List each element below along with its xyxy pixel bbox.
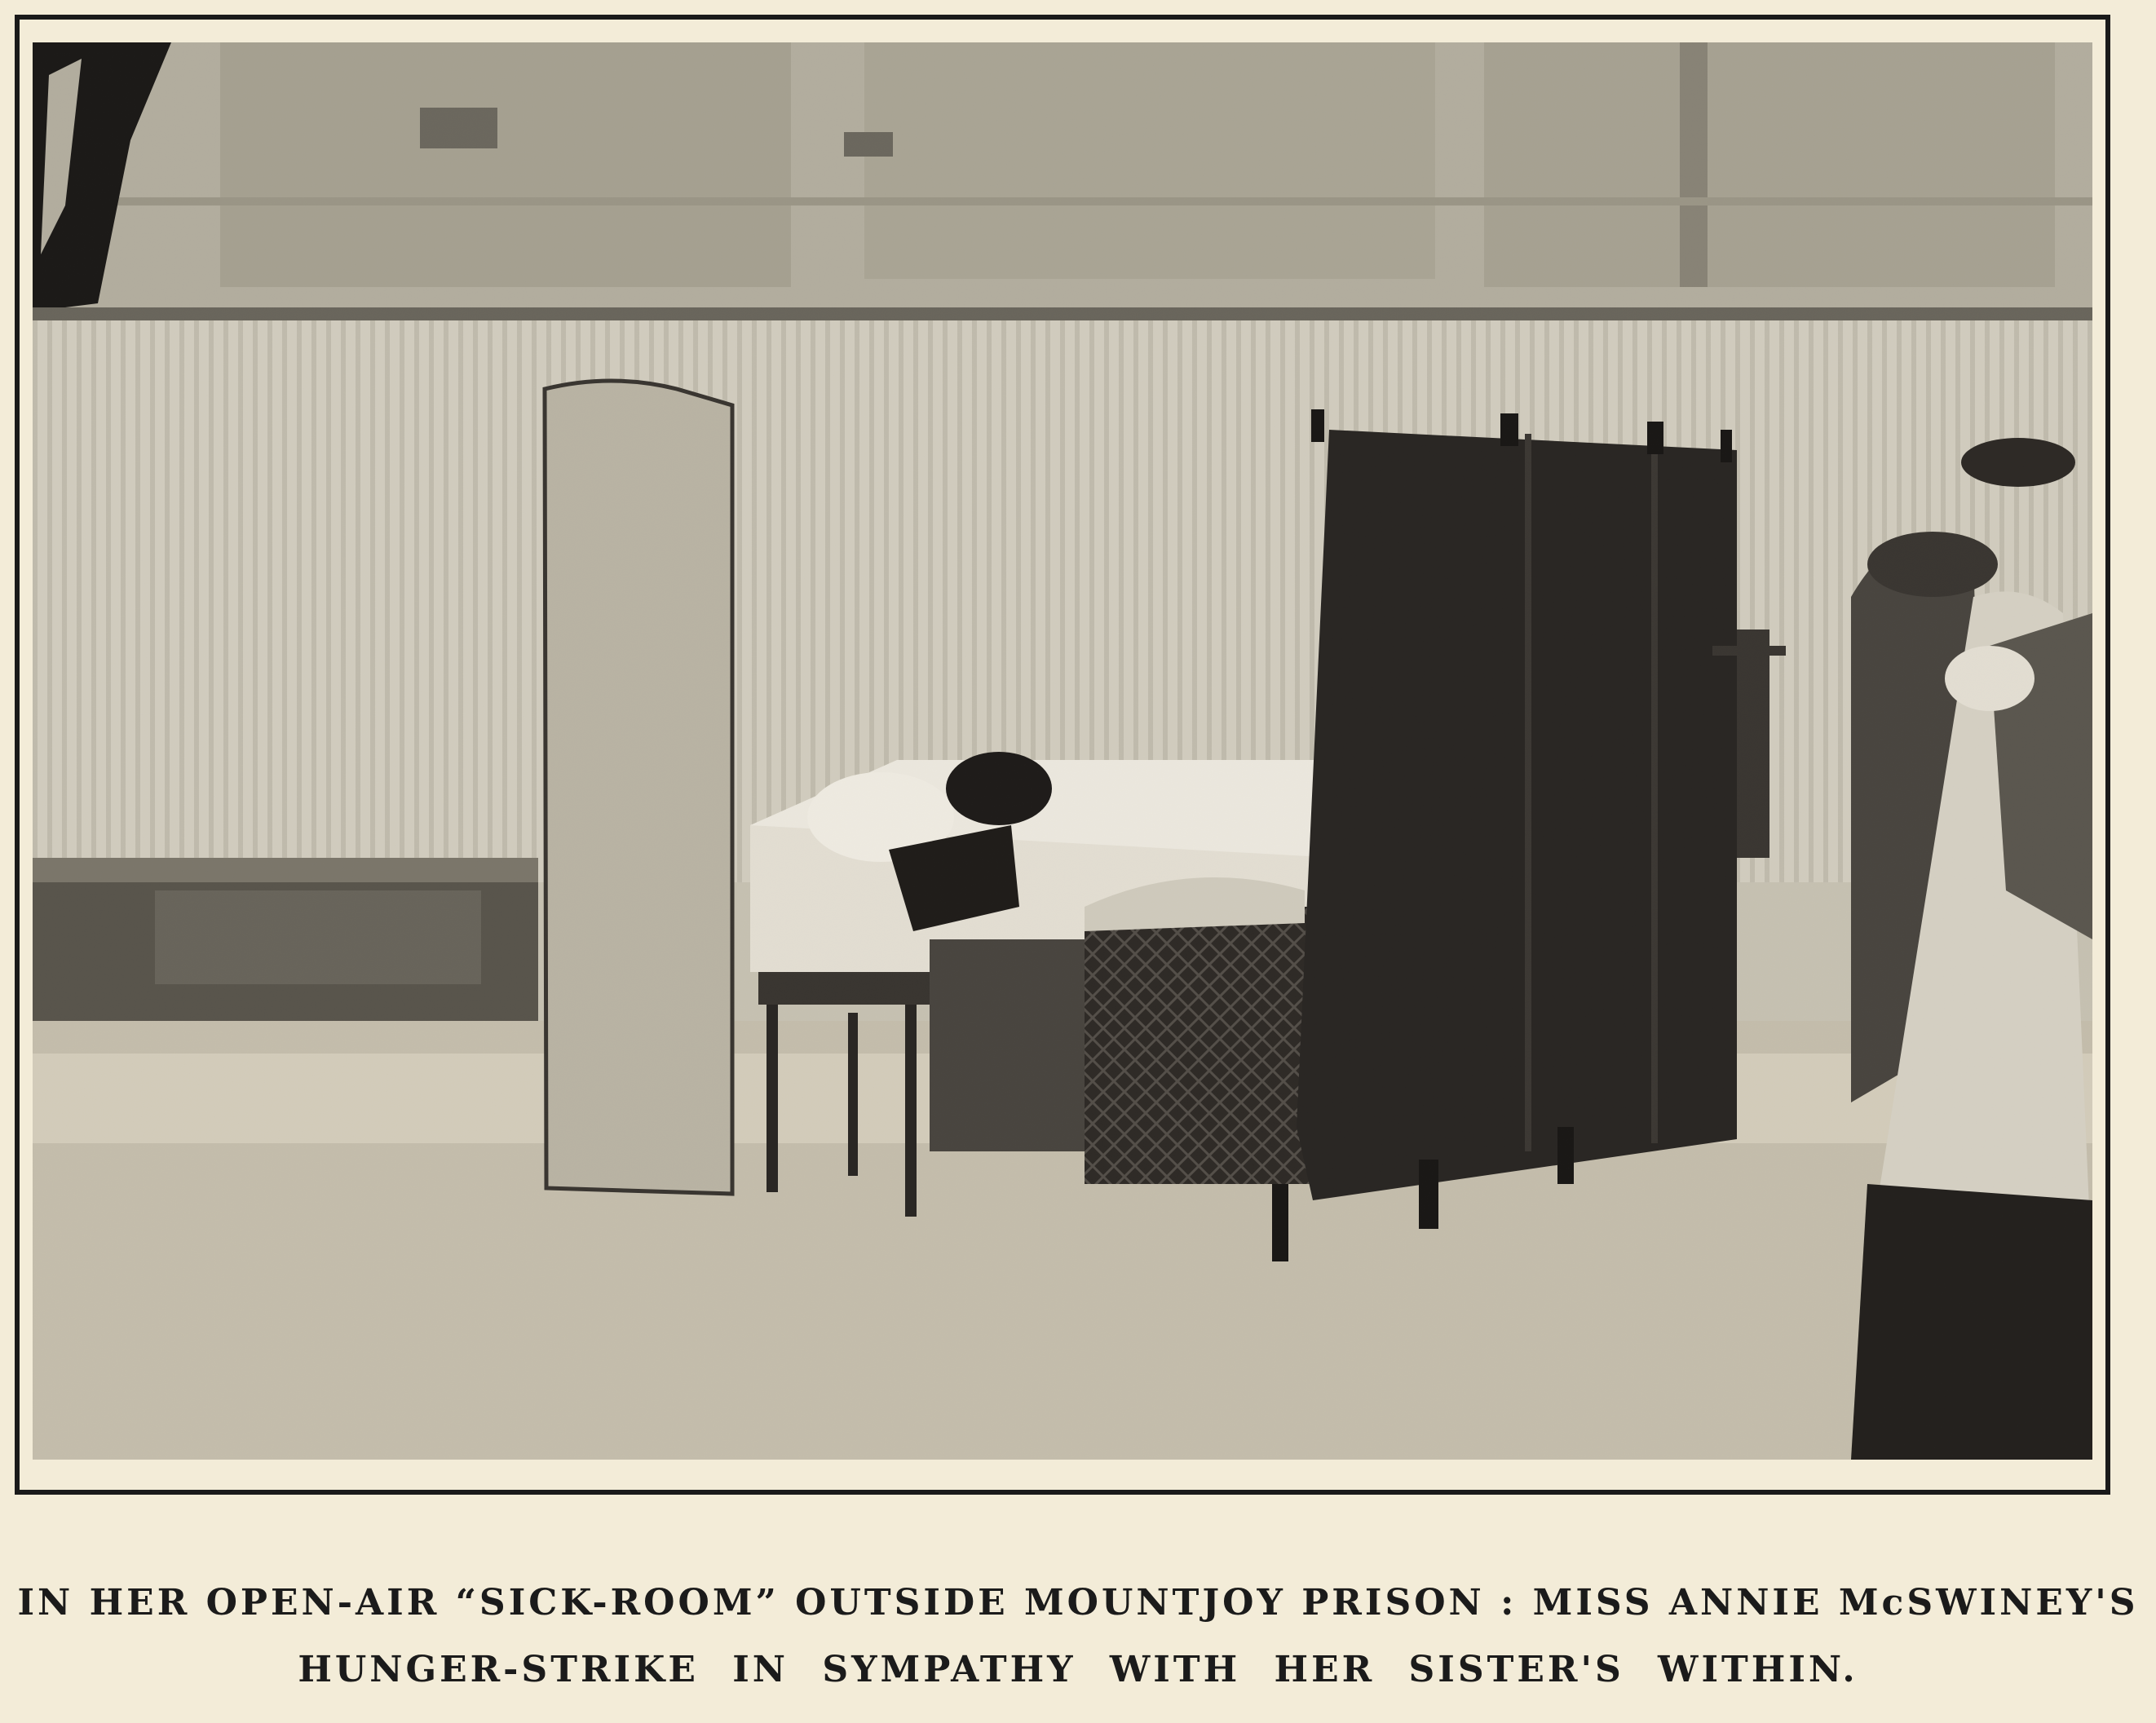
caption-line-1: IN HER OPEN-AIR “SICK-ROOM” OUTSIDE MOUN… bbox=[0, 1582, 2156, 1624]
caption-line-2: HUNGER-STRIKE IN SYMPATHY WITH HER SISTE… bbox=[0, 1649, 2156, 1690]
photo-illustration bbox=[33, 42, 2092, 1460]
photograph bbox=[33, 42, 2092, 1460]
